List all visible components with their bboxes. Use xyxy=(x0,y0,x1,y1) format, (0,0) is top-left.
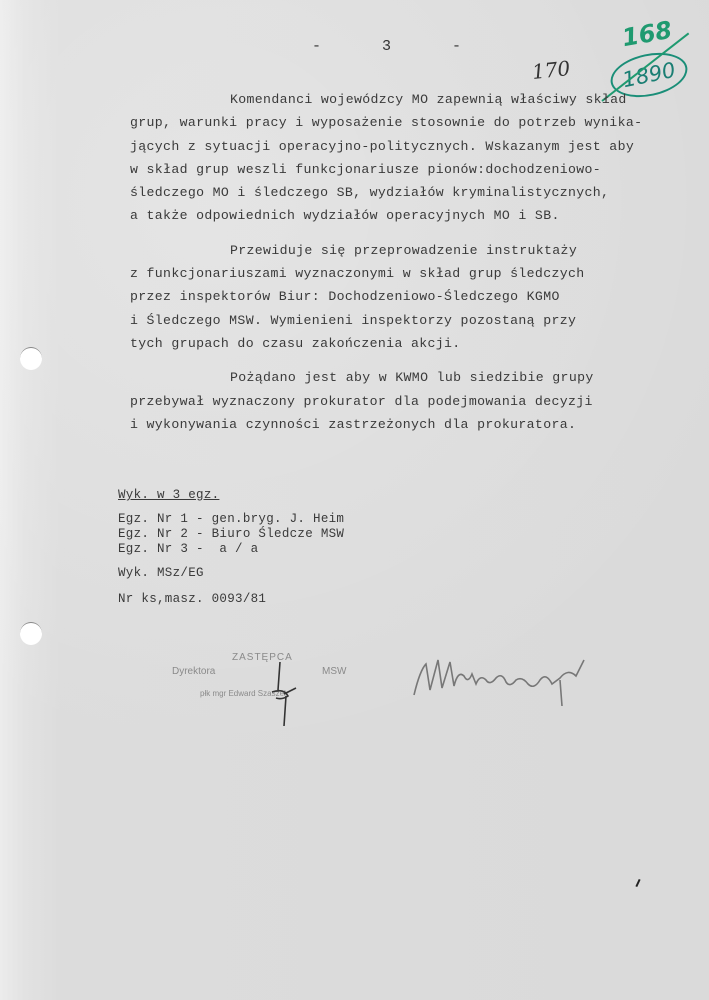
text-line: z funkcjonariuszami wyznaczonymi w skład… xyxy=(130,262,690,285)
paragraph: Pożądano jest aby w KWMO lub siedzibie g… xyxy=(130,366,690,436)
text-line: a także odpowiednich wydziałów operacyjn… xyxy=(130,204,690,227)
text-line: jących z sytuacji operacyjno-politycznyc… xyxy=(130,135,690,158)
text-line: grup, warunki pracy i wyposażenie stosow… xyxy=(130,111,690,134)
executor-note: Wyk. MSz/EG xyxy=(118,566,344,581)
stamp-role: Dyrektora xyxy=(172,666,215,677)
punch-hole xyxy=(20,622,42,645)
handwritten-folio-number: 170 xyxy=(531,56,571,84)
speck-mark xyxy=(635,879,640,887)
text-line: przez inspektorów Biur: Dochodzeniowo-Śl… xyxy=(130,285,690,308)
text-line: Przewiduje się przeprowadzenie instrukta… xyxy=(130,239,690,262)
stamp-role-tail: MSW xyxy=(322,666,346,677)
document-page: - 3 - 170 168 1890 Komendanci wojewódzcy… xyxy=(0,0,709,1000)
text-line: przebywał wyznaczony prokurator dla pode… xyxy=(130,390,690,413)
distribution-item: Egz. Nr 2 - Biuro Śledcze MSW xyxy=(118,527,344,542)
distribution-list: Wyk. w 3 egz. Egz. Nr 1 - gen.bryg. J. H… xyxy=(118,488,344,607)
distribution-item: Egz. Nr 1 - gen.bryg. J. Heim xyxy=(118,512,344,527)
page-number: - 3 - xyxy=(312,38,487,55)
punch-hole xyxy=(20,347,42,370)
paragraph: Komendanci wojewódzcy MO zapewnią właści… xyxy=(130,88,690,228)
text-line: śledczego MO i śledczego SB, wydziałów k… xyxy=(130,181,690,204)
text-line: i Śledczego MSW. Wymienieni inspektorzy … xyxy=(130,309,690,332)
register-number: Nr ks,masz. 0093/81 xyxy=(118,592,344,607)
text-line: i wykonywania czynności zastrzeżonych dl… xyxy=(130,413,690,436)
handwritten-signature-icon xyxy=(410,650,600,710)
approval-stamp: ZASTĘPCA Dyrektora MSW płk mgr Edward Sz… xyxy=(172,652,372,722)
distribution-item: Egz. Nr 3 - a / a xyxy=(118,542,344,557)
paragraph: Przewiduje się przeprowadzenie instrukta… xyxy=(130,239,690,355)
text-line: Komendanci wojewódzcy MO zapewnią właści… xyxy=(130,88,690,111)
document-body: Komendanci wojewódzcy MO zapewnią właści… xyxy=(130,88,690,447)
crossed-archive-number: 168 xyxy=(620,16,674,52)
text-line: Pożądano jest aby w KWMO lub siedzibie g… xyxy=(130,366,690,389)
distribution-heading: Wyk. w 3 egz. xyxy=(118,488,344,503)
initials-signature-icon xyxy=(262,660,302,730)
text-line: tych grupach do czasu zakończenia akcji. xyxy=(130,332,690,355)
text-line: w skład grup weszli funkcjonariusze pion… xyxy=(130,158,690,181)
